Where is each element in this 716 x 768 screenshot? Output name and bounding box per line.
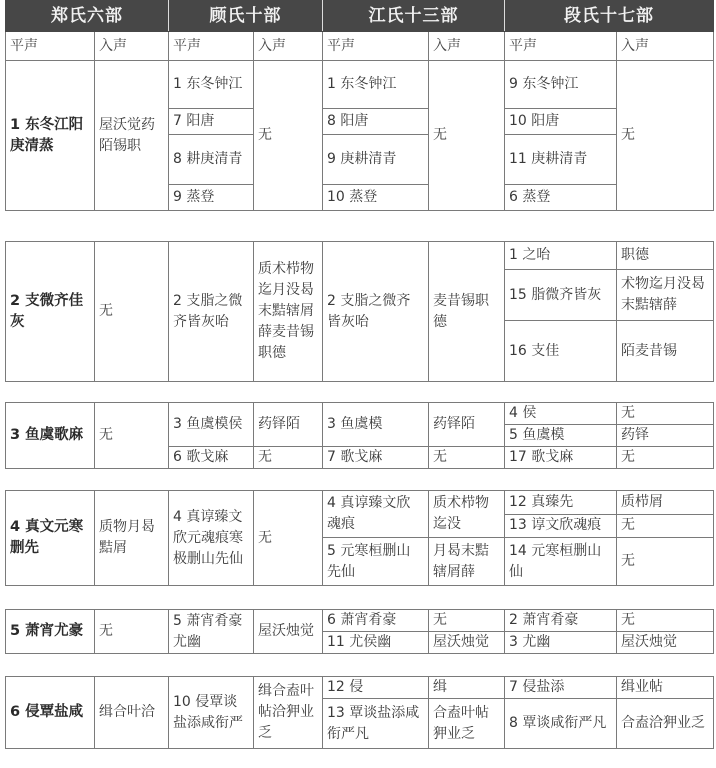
gu-ru-cell: 无	[254, 447, 323, 469]
rhyme-table-block-6: 6 侵覃盐咸 缉合叶洽 10 侵覃谈盐添咸衔严 缉合盍叶帖洽狎业乏 12 侵 缉…	[5, 676, 714, 749]
jiang-ru-cell: 无	[429, 61, 505, 211]
duan-ping-cell: 13 谆文欣魂痕	[505, 514, 617, 538]
duan-ru-cell: 质栉屑	[617, 491, 714, 515]
gu-ru-cell: 屋沃烛觉	[254, 610, 323, 654]
jiang-ping-cell: 9 庚耕清青	[323, 135, 429, 185]
jiang-ru-cell: 月曷末黠辖屑薛	[429, 538, 505, 586]
duan-ru-cell: 术物迄月没曷末黠辖薛	[617, 270, 714, 321]
tone-header-row: 平声 入声 平声 入声 平声 入声 平声 入声	[6, 32, 714, 61]
zheng-ru-cell: 无	[95, 610, 169, 654]
group-header-jiang: 江氏十三部	[323, 1, 505, 32]
duan-ru-cell: 屋沃烛觉	[617, 632, 714, 654]
jiang-ping-cell: 1 东冬钟江	[323, 61, 429, 109]
tone-header-ru: 入声	[95, 32, 169, 61]
tone-header-ping: 平声	[169, 32, 254, 61]
jiang-ping-cell: 12 侵	[323, 677, 429, 699]
duan-ping-cell: 17 歌戈麻	[505, 447, 617, 469]
rhyme-group-label: 6 侵覃盐咸	[6, 677, 95, 749]
jiang-ping-cell: 5 元寒桓删山先仙	[323, 538, 429, 586]
duan-ru-cell: 缉业帖	[617, 677, 714, 699]
gu-ping-cell: 1 东冬钟江	[169, 61, 254, 109]
jiang-ping-cell: 3 鱼虞模	[323, 403, 429, 447]
block-gap	[5, 654, 713, 676]
jiang-ru-cell: 无	[429, 447, 505, 469]
gu-ping-cell: 3 鱼虞模侯	[169, 403, 254, 447]
duan-ping-cell: 14 元寒桓删山仙	[505, 538, 617, 586]
jiang-ru-cell: 合盍叶帖狎业乏	[429, 699, 505, 749]
group-header-duan: 段氏十七部	[505, 1, 714, 32]
rhyme-group-label: 3 鱼虞歌麻	[6, 403, 95, 469]
gu-ru-cell: 缉合盍叶帖洽狎业乏	[254, 677, 323, 749]
duan-ping-cell: 3 尤幽	[505, 632, 617, 654]
gu-ping-cell: 10 侵覃谈盐添咸衔严	[169, 677, 254, 749]
duan-ru-cell: 无	[617, 403, 714, 425]
group-header-row: 郑氏六部 顾氏十部 江氏十三部 段氏十七部	[6, 1, 714, 32]
rhyme-comparison-page: 郑氏六部 顾氏十部 江氏十三部 段氏十七部 平声 入声 平声 入声 平声 入声 …	[5, 0, 713, 749]
gu-ru-cell: 无	[254, 491, 323, 586]
duan-ping-cell: 6 蒸登	[505, 185, 617, 211]
duan-ping-cell: 2 萧宵肴豪	[505, 610, 617, 632]
jiang-ru-cell: 药铎陌	[429, 403, 505, 447]
block-gap	[5, 211, 713, 241]
tone-header-ru: 入声	[429, 32, 505, 61]
table-row: 4 真文元寒删先 质物月曷黠屑 4 真谆臻文欣元魂痕寒极删山先仙 无 4 真谆臻…	[6, 491, 714, 515]
jiang-ping-cell: 6 萧宵肴豪	[323, 610, 429, 632]
gu-ru-cell: 质术栉物迄月没曷末黠辖屑薛麦昔锡职德	[254, 242, 323, 382]
rhyme-table-block-2: 2 支微齐佳灰 无 2 支脂之微齐皆灰咍 质术栉物迄月没曷末黠辖屑薛麦昔锡职德 …	[5, 241, 714, 382]
jiang-ping-cell: 7 歌戈麻	[323, 447, 429, 469]
gu-ping-cell: 5 萧宵肴豪尤幽	[169, 610, 254, 654]
tone-header-ru: 入声	[617, 32, 714, 61]
tone-header-ru: 入声	[254, 32, 323, 61]
duan-ru-cell: 无	[617, 610, 714, 632]
duan-ru-cell: 无	[617, 538, 714, 586]
zheng-ru-cell: 无	[95, 403, 169, 469]
rhyme-group-label: 2 支微齐佳灰	[6, 242, 95, 382]
jiang-ru-cell: 质术栉物迄没	[429, 491, 505, 538]
rhyme-table-block-5: 5 萧宵尤豪 无 5 萧宵肴豪尤幽 屋沃烛觉 6 萧宵肴豪 无 2 萧宵肴豪 无…	[5, 609, 714, 654]
jiang-ru-cell: 麦昔锡职德	[429, 242, 505, 382]
zheng-ru-cell: 无	[95, 242, 169, 382]
table-row: 6 侵覃盐咸 缉合叶洽 10 侵覃谈盐添咸衔严 缉合盍叶帖洽狎业乏 12 侵 缉…	[6, 677, 714, 699]
zheng-ru-cell: 缉合叶洽	[95, 677, 169, 749]
duan-ping-cell: 10 阳唐	[505, 109, 617, 135]
table-row: 1 东冬江阳庚清蒸 屋沃觉药陌锡职 1 东冬钟江 无 1 东冬钟江 无 9 东冬…	[6, 61, 714, 109]
gu-ru-cell: 药铎陌	[254, 403, 323, 447]
gu-ru-cell: 无	[254, 61, 323, 211]
jiang-ping-cell: 10 蒸登	[323, 185, 429, 211]
group-header-gu: 顾氏十部	[169, 1, 323, 32]
duan-ping-cell: 12 真臻先	[505, 491, 617, 515]
rhyme-group-label: 5 萧宵尤豪	[6, 610, 95, 654]
duan-ru-cell: 职德	[617, 242, 714, 270]
tone-header-ping: 平声	[6, 32, 95, 61]
duan-ping-cell: 16 支佳	[505, 321, 617, 382]
duan-ping-cell: 4 侯	[505, 403, 617, 425]
rhyme-table-block-3: 3 鱼虞歌麻 无 3 鱼虞模侯 药铎陌 3 鱼虞模 药铎陌 4 侯 无 5 鱼虞…	[5, 402, 714, 469]
gu-ping-cell: 2 支脂之微齐皆灰咍	[169, 242, 254, 382]
block-gap	[5, 382, 713, 402]
jiang-ping-cell: 13 覃谈盐添咸衔严凡	[323, 699, 429, 749]
duan-ru-cell: 无	[617, 61, 714, 211]
jiang-ru-cell: 无	[429, 610, 505, 632]
duan-ping-cell: 7 侵盐添	[505, 677, 617, 699]
duan-ru-cell: 药铎	[617, 425, 714, 447]
jiang-ru-cell: 缉	[429, 677, 505, 699]
tone-header-ping: 平声	[505, 32, 617, 61]
gu-ping-cell: 8 耕庚清青	[169, 135, 254, 185]
group-header-zheng: 郑氏六部	[6, 1, 169, 32]
duan-ping-cell: 5 鱼虞模	[505, 425, 617, 447]
table-row: 3 鱼虞歌麻 无 3 鱼虞模侯 药铎陌 3 鱼虞模 药铎陌 4 侯 无	[6, 403, 714, 425]
duan-ru-cell: 陌麦昔锡	[617, 321, 714, 382]
rhyme-group-label: 4 真文元寒删先	[6, 491, 95, 586]
jiang-ping-cell: 2 支脂之微齐皆灰咍	[323, 242, 429, 382]
duan-ru-cell: 无	[617, 514, 714, 538]
duan-ping-cell: 15 脂微齐皆灰	[505, 270, 617, 321]
jiang-ping-cell: 8 阳唐	[323, 109, 429, 135]
duan-ping-cell: 8 覃谈咸衔严凡	[505, 699, 617, 749]
duan-ru-cell: 合盍洽狎业乏	[617, 699, 714, 749]
gu-ping-cell: 7 阳唐	[169, 109, 254, 135]
block-gap	[5, 469, 713, 490]
duan-ping-cell: 11 庚耕清青	[505, 135, 617, 185]
tone-header-ping: 平声	[323, 32, 429, 61]
jiang-ping-cell: 11 尤侯幽	[323, 632, 429, 654]
block-gap	[5, 586, 713, 609]
table-row: 5 萧宵尤豪 无 5 萧宵肴豪尤幽 屋沃烛觉 6 萧宵肴豪 无 2 萧宵肴豪 无	[6, 610, 714, 632]
rhyme-table-block-1: 郑氏六部 顾氏十部 江氏十三部 段氏十七部 平声 入声 平声 入声 平声 入声 …	[5, 0, 714, 211]
duan-ping-cell: 9 东冬钟江	[505, 61, 617, 109]
gu-ping-cell: 9 蒸登	[169, 185, 254, 211]
gu-ping-cell: 4 真谆臻文欣元魂痕寒极删山先仙	[169, 491, 254, 586]
zheng-ru-cell: 质物月曷黠屑	[95, 491, 169, 586]
jiang-ru-cell: 屋沃烛觉	[429, 632, 505, 654]
gu-ping-cell: 6 歌戈麻	[169, 447, 254, 469]
duan-ping-cell: 1 之咍	[505, 242, 617, 270]
zheng-ru-cell: 屋沃觉药陌锡职	[95, 61, 169, 211]
jiang-ping-cell: 4 真谆臻文欣魂痕	[323, 491, 429, 538]
duan-ru-cell: 无	[617, 447, 714, 469]
rhyme-group-label: 1 东冬江阳庚清蒸	[6, 61, 95, 211]
rhyme-table-block-4: 4 真文元寒删先 质物月曷黠屑 4 真谆臻文欣元魂痕寒极删山先仙 无 4 真谆臻…	[5, 490, 714, 586]
table-row: 2 支微齐佳灰 无 2 支脂之微齐皆灰咍 质术栉物迄月没曷末黠辖屑薛麦昔锡职德 …	[6, 242, 714, 270]
